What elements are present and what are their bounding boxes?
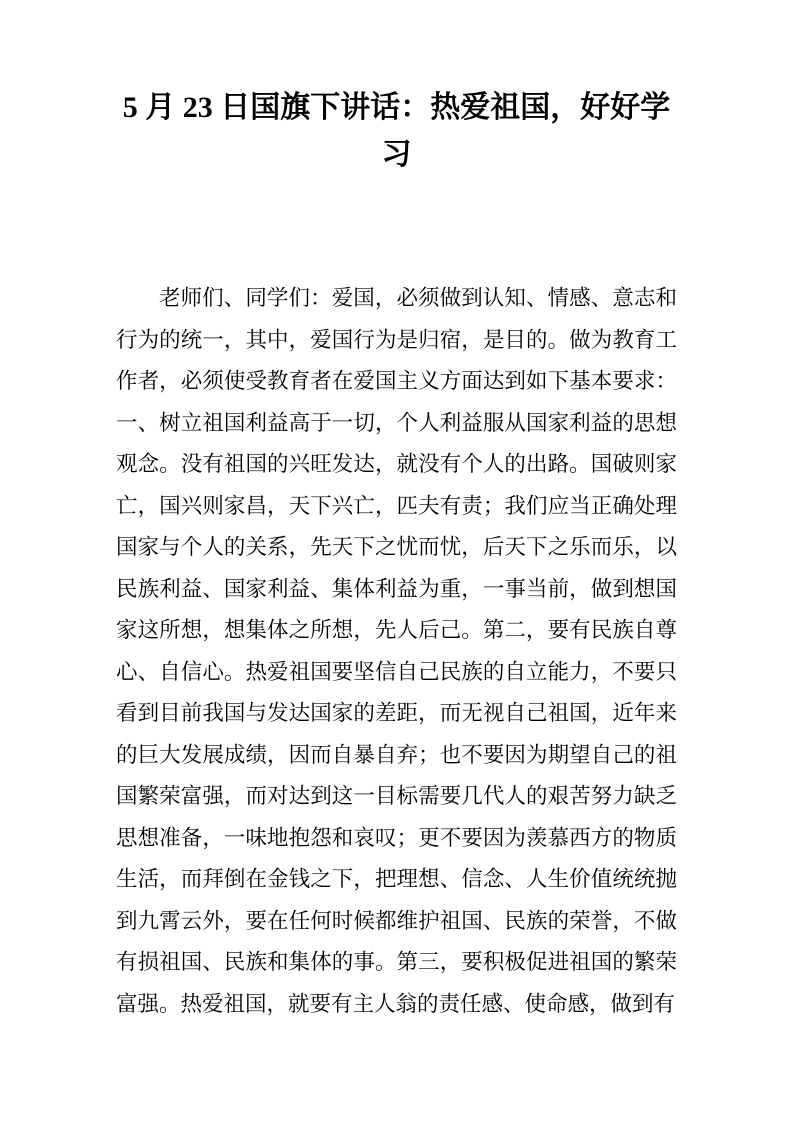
document-title: 5 月 23 日国旗下讲话：热爱祖国，好好学习	[116, 85, 677, 178]
document-paragraph: 老师们、同学们：爱国，必须做到认知、情感、意志和行为的统一，其中，爱国行为是归宿…	[116, 278, 677, 1025]
document-page: 5 月 23 日国旗下讲话：热爱祖国，好好学习 老师们、同学们：爱国，必须做到认…	[0, 0, 793, 1122]
document-body: 老师们、同学们：爱国，必须做到认知、情感、意志和行为的统一，其中，爱国行为是归宿…	[116, 278, 677, 1025]
